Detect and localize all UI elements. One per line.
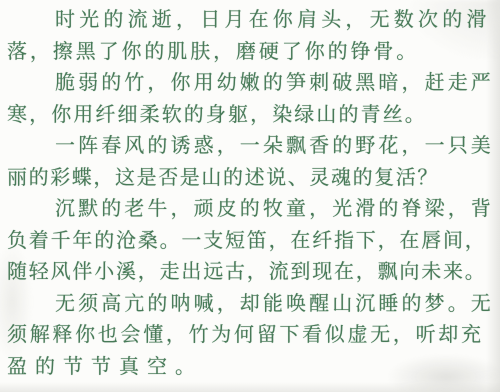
text-line: 寒，你用纤细柔软的身躯，染绿山的青丝。 <box>7 100 494 132</box>
text-line: 盈的节节真空。 <box>7 352 494 384</box>
body-text: 时光的流逝，日月在你肩头，无数次的滑 落，擦黑了你的肌肤，磨硬了你的铮骨。 脆弱… <box>7 5 494 383</box>
scanned-document-page: 时光的流逝，日月在你肩头，无数次的滑 落，擦黑了你的肌肤，磨硬了你的铮骨。 脆弱… <box>0 0 500 392</box>
text-line: 沉默的老牛，顽皮的牧童，光滑的脊梁，背 <box>7 194 494 226</box>
text-line: 须解释你也会懂，竹为何留下看似虚无，听却充 <box>7 320 494 352</box>
text-line: 落，擦黑了你的肌肤，磨硬了你的铮骨。 <box>7 37 494 69</box>
text-line: 丽的彩蝶，这是否是山的述说、灵魂的复活？ <box>7 163 494 195</box>
text-line: 时光的流逝，日月在你肩头，无数次的滑 <box>7 5 494 37</box>
text-line: 随轻风伴小溪，走出远古，流到现在，飘向未来。 <box>7 257 494 289</box>
text-line: 脆弱的竹，你用幼嫩的笋刺破黑暗，赶走严 <box>7 68 494 100</box>
text-line: 一阵春风的诱惑，一朵飘香的野花，一只美 <box>7 131 494 163</box>
text-line: 无须高亢的呐喊，却能唤醒山沉睡的梦。无 <box>7 289 494 321</box>
scan-edge-artifact-bottom <box>0 382 500 392</box>
text-line: 负着千年的沧桑。一支短笛，在纤指下，在唇间， <box>7 226 494 258</box>
